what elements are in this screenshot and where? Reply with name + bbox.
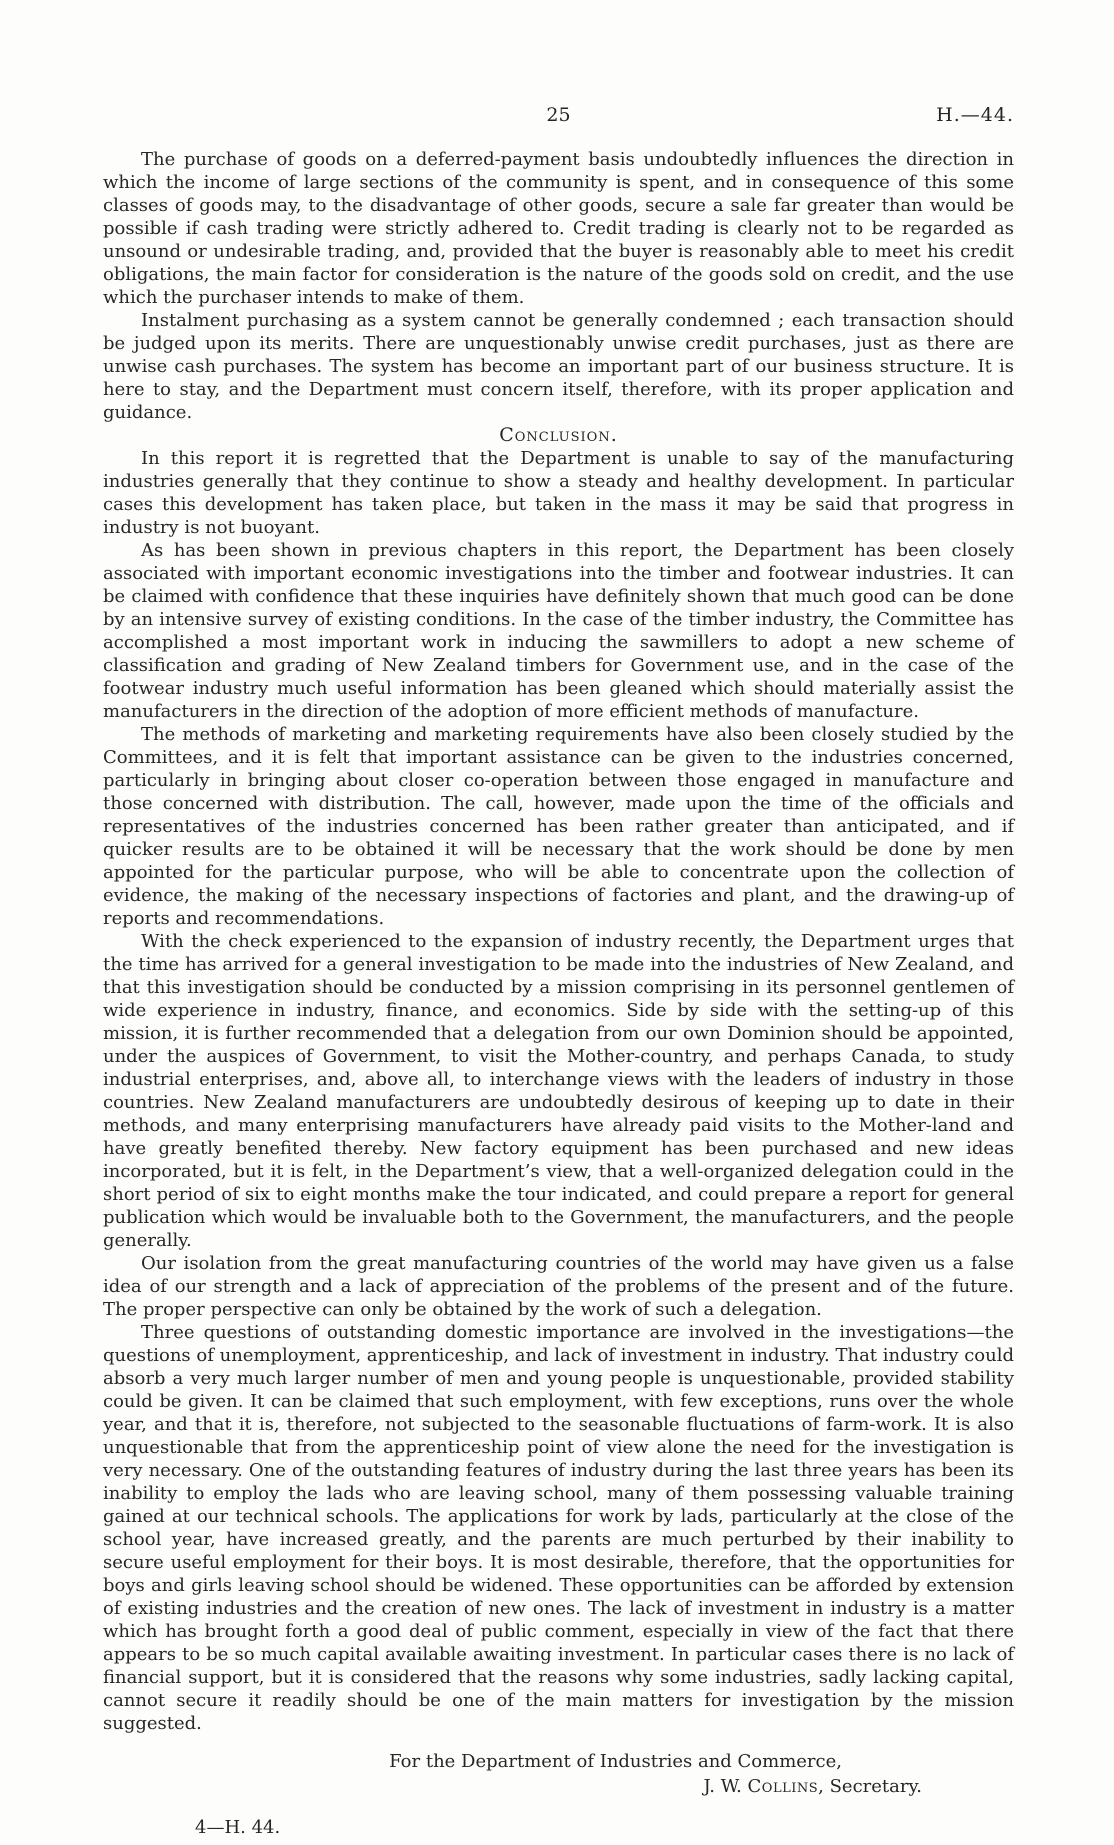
body-paragraph: In this report it is regretted that the … — [103, 447, 1014, 539]
body-paragraph: The methods of marketing and marketing r… — [103, 723, 1014, 930]
conclusion-heading: Conclusion. — [103, 424, 1014, 447]
report-page: 25 H.—44. The purchase of goods on a def… — [0, 0, 1114, 1845]
body-paragraph: With the check experienced to the expans… — [103, 930, 1014, 1252]
body-paragraph: As has been shown in previous chapters i… — [103, 539, 1014, 723]
body-paragraph: Instalment purchasing as a system cannot… — [103, 309, 1014, 424]
signature-block: For the Department of Industries and Com… — [103, 1749, 1014, 1799]
signature-name-line: J. W. Collins, Secretary. — [103, 1774, 1014, 1799]
signature-name-suffix: , Secretary. — [818, 1776, 922, 1797]
signature-name-prefix: J. W. — [703, 1776, 747, 1797]
body-paragraph: Three questions of outstanding domestic … — [103, 1321, 1014, 1735]
body-text: The purchase of goods on a deferred-paym… — [103, 148, 1014, 1735]
signature-name: Collins — [748, 1776, 819, 1797]
body-paragraph: Our isolation from the great manufacturi… — [103, 1252, 1014, 1321]
report-code: H.—44. — [936, 104, 1014, 126]
body-paragraph: The purchase of goods on a deferred-paym… — [103, 148, 1014, 309]
signature-department-line: For the Department of Industries and Com… — [103, 1749, 1014, 1774]
footer-note: 4—H. 44. — [103, 1817, 1014, 1838]
page-header: 25 H.—44. — [103, 104, 1014, 134]
page-number: 25 — [103, 104, 1014, 126]
page-content: 25 H.—44. The purchase of goods on a def… — [103, 104, 1014, 1838]
